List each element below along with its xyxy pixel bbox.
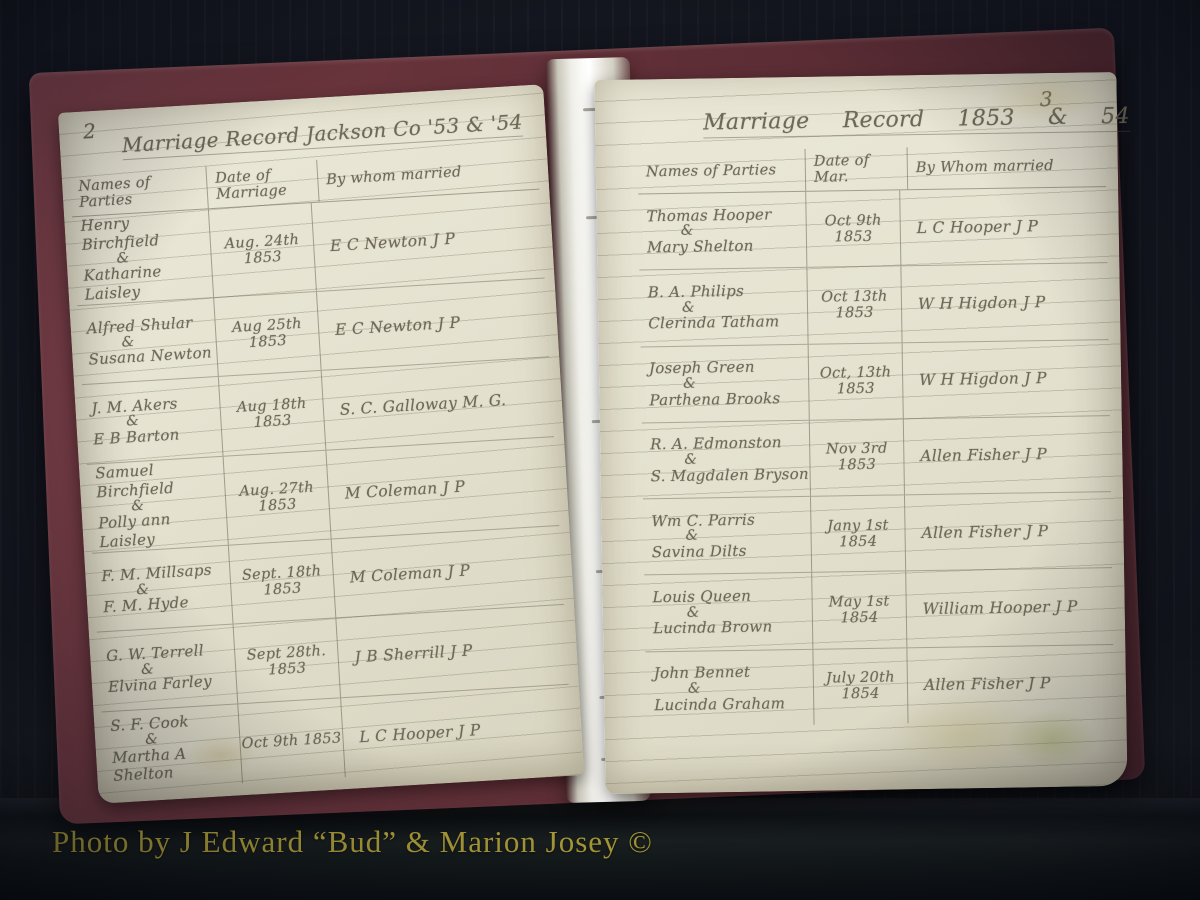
page-number: 2: [82, 119, 96, 144]
marriage-date: Sept. 18th 1853: [228, 539, 335, 624]
officiant-name: M Coleman J P: [331, 526, 564, 618]
column-header-names: Names of Parties: [638, 149, 806, 194]
marriage-date: Jany 1st 1854: [810, 495, 905, 572]
table-row: Wm C. Parris & Savina Dilts Jany 1st 185…: [643, 492, 1112, 576]
bride-groom-name: Louis Queen: [652, 586, 811, 607]
marriage-table: Names of Parties Date of Marriage By who…: [70, 147, 574, 792]
bride-groom-name: Clerinda Tatham: [648, 312, 807, 333]
officiant-name: L C Hooper J P: [899, 187, 1107, 266]
bride-groom-name: Lucinda Brown: [653, 617, 812, 638]
officiant-name: L C Hooper J P: [340, 685, 573, 777]
column-header-date: Date of Marriage: [206, 160, 319, 208]
officiant-name: M Coleman J P: [325, 437, 559, 538]
officiant-name: E C Newton J P: [311, 190, 545, 291]
table-row: John Bennet & Lucinda Graham July 20th 1…: [645, 645, 1114, 728]
column-header-officiant: By Whom married: [906, 144, 1106, 189]
right-page: 3 Marriage Record 1853 & 54 Names of Par…: [594, 72, 1127, 794]
bride-groom-name: Joseph Green: [649, 357, 808, 378]
marriage-date: May 1st 1854: [811, 572, 906, 649]
marriage-table: Names of Parties Date of Mar. By Whom ma…: [638, 144, 1115, 727]
marriage-date: Sept 28th. 1853: [233, 619, 340, 704]
bride-groom-name: Savina Dilts: [652, 541, 811, 562]
marriage-date: Oct 9th 1853: [237, 699, 344, 784]
table-row: Thomas Hooper & Mary Shelton Oct 9th 185…: [638, 187, 1107, 271]
bride-groom-name: S. Magdalen Bryson: [651, 465, 810, 486]
left-page: 2 Marriage Record Jackson Co '53 & '54 N…: [58, 84, 584, 804]
marriage-date: Oct, 13th 1853: [808, 343, 903, 420]
bride-groom-name: Wm C. Parris: [651, 510, 810, 531]
bride-groom-name: Thomas Hooper: [646, 204, 805, 225]
marriage-date: Aug 18th 1853: [218, 371, 325, 456]
page-title: Marriage Record 1853 & 54: [703, 104, 1130, 139]
bride-groom-name: B. A. Philips: [648, 281, 807, 302]
bride-groom-name: John Bennet: [654, 662, 813, 683]
bride-groom-name: Susana Newton: [88, 343, 217, 369]
marriage-date: July 20th 1854: [813, 648, 908, 725]
column-header-names: Names of Parties: [70, 166, 208, 216]
table-row: B. A. Philips & Clerinda Tatham Oct 13th…: [639, 263, 1108, 347]
marriage-date: Aug. 24th 1853: [208, 203, 316, 297]
bride-groom-name: R. A. Edmonston: [650, 433, 809, 454]
bride-groom-name: Polly ann Laisley: [98, 507, 228, 552]
officiant-name: William Hooper J P: [905, 568, 1113, 647]
marriage-date: Oct 13th 1853: [807, 267, 902, 344]
bride-groom-name: F. M. Hyde: [103, 591, 232, 617]
marriage-date: Aug. 27th 1853: [223, 451, 331, 545]
officiant-name: W H Higdon J P: [902, 340, 1110, 419]
table-header-row: Names of Parties Date of Mar. By Whom ma…: [638, 144, 1107, 194]
bride-groom-name: Elvina Farley: [108, 671, 237, 697]
column-header-date: Date of Mar.: [805, 147, 907, 191]
officiant-name: Allen Fisher J P: [903, 416, 1111, 495]
officiant-name: W H Higdon J P: [900, 263, 1108, 342]
marriage-date: Nov 3rd 1853: [809, 419, 904, 496]
table-row: Louis Queen & Lucinda Brown May 1st 1854…: [644, 568, 1113, 652]
officiant-name: J B Sherrill J P: [335, 605, 568, 697]
officiant-name: S. C. Galloway M. G.: [321, 358, 554, 450]
bride-groom-name: Mary Shelton: [647, 236, 806, 257]
officiant-name: Allen Fisher J P: [904, 492, 1112, 571]
marriage-date: Aug 25th 1853: [213, 292, 320, 377]
officiant-name: E C Newton J P: [316, 278, 549, 370]
table-row: R. A. Edmonston & S. Magdalen Bryson Nov…: [642, 416, 1111, 500]
bride-groom-name: Katharine Laisley: [83, 259, 213, 304]
bride-groom-name: E B Barton: [93, 423, 222, 449]
bride-groom-name: Parthena Brooks: [649, 388, 808, 409]
bride-groom-name: Lucinda Graham: [654, 693, 813, 714]
table-row: Joseph Green & Parthena Brooks Oct, 13th…: [641, 340, 1110, 424]
photo-credit: Photo by J Edward “Bud” & Marion Josey ©: [52, 824, 653, 860]
bride-groom-name: Martha A Shelton: [112, 741, 242, 786]
marriage-date: Oct 9th 1853: [805, 190, 900, 267]
officiant-name: Allen Fisher J P: [906, 645, 1114, 724]
